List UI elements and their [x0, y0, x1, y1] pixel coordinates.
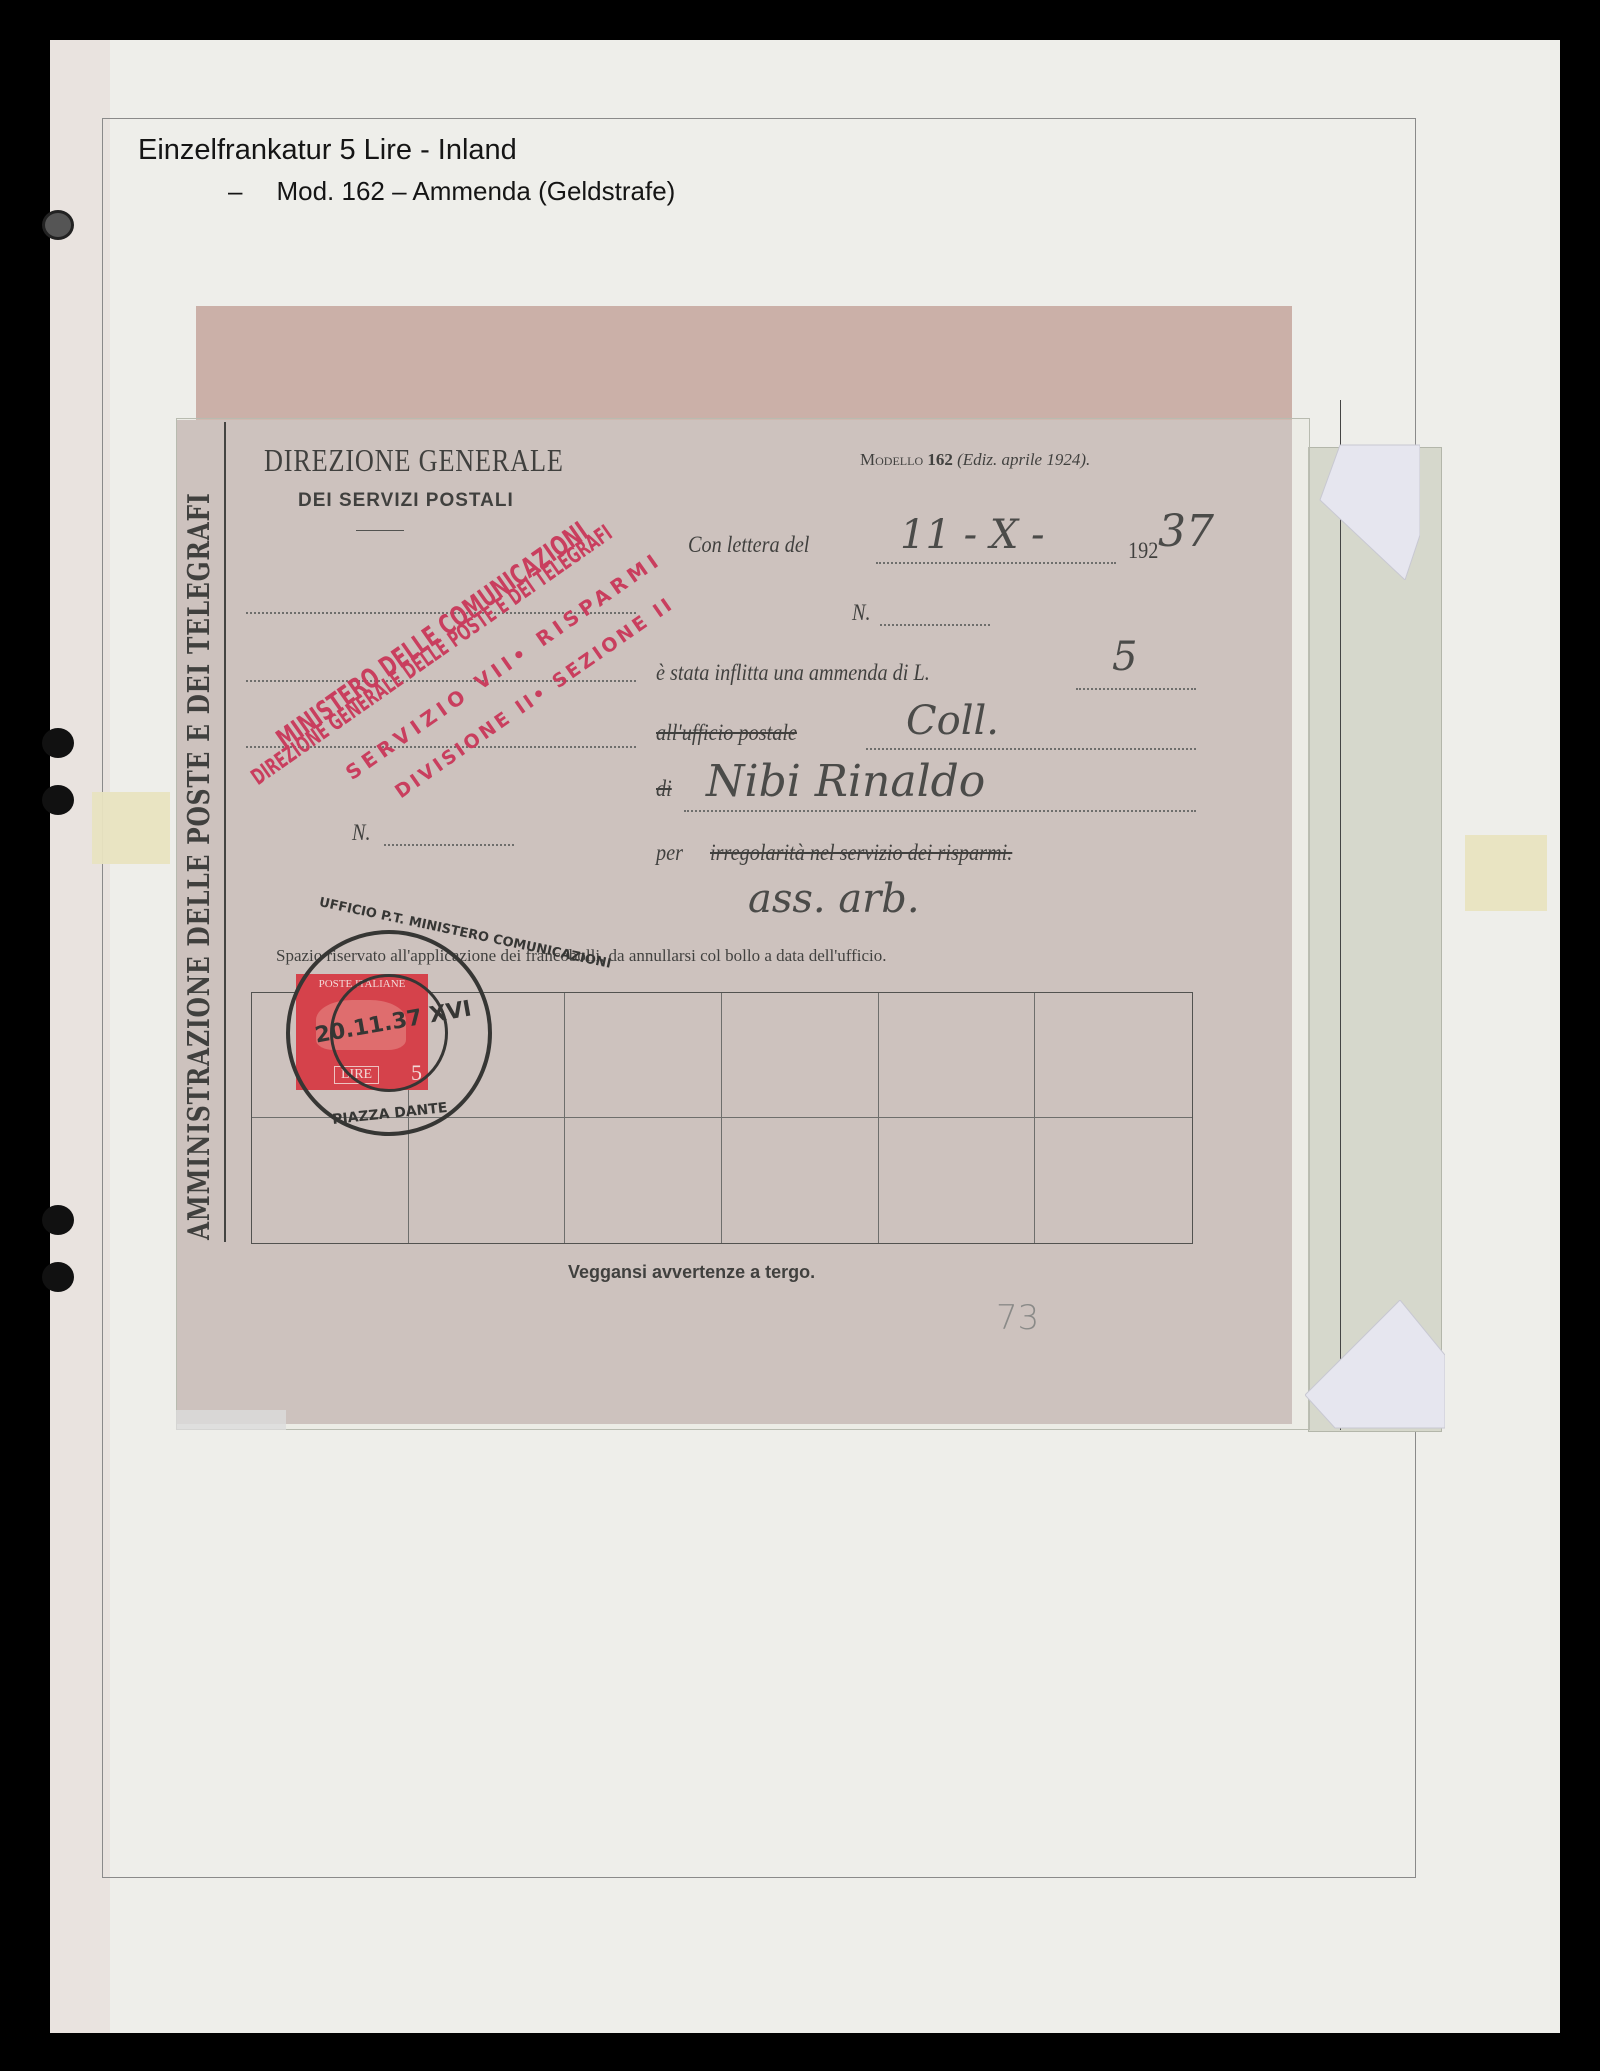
number-label: N. [852, 600, 871, 626]
stamp-cell [409, 1118, 566, 1243]
reason-struck: irregolarità nel servizio dei risparmi. [710, 840, 1012, 866]
subtitle-text: Mod. 162 – Ammenda (Geldstrafe) [276, 176, 675, 206]
letter-date-label: Con lettera del [688, 532, 809, 558]
binder-hole [42, 785, 74, 815]
left-number-line [384, 844, 514, 846]
stamp-cell [879, 1118, 1036, 1243]
vertical-heading: AMMINISTRAZIONE DELLE POSTE E DEI TELEGR… [182, 492, 217, 1240]
fine-label: è stata inflitta una ammenda di L. [656, 660, 930, 686]
mount-sleeve-right [1308, 447, 1442, 1432]
footer-note: Veggansi avvertenze a tergo. [568, 1262, 815, 1283]
hinge-tape-right [1465, 835, 1547, 911]
office-line [866, 748, 1196, 750]
sleeve-bottom-edge [176, 1410, 286, 1430]
name-line [684, 810, 1196, 812]
name-handwritten: Nibi Rinaldo [706, 756, 985, 807]
subtitle-dash: – [228, 176, 242, 206]
binder-hole [42, 1262, 74, 1292]
vertical-rule [224, 422, 226, 1242]
form-model-number: Modello 162 (Ediz. aprile 1924). [860, 450, 1090, 470]
binder-hole [42, 210, 74, 240]
office-handwritten: Coll. [906, 698, 999, 744]
red-ministry-cachet: MINISTERO DELLE COMUNICAZIONI DIREZIONE … [251, 440, 651, 740]
year-prefix: 192 [1128, 538, 1158, 564]
stamp-cell [565, 993, 722, 1118]
number-line [880, 624, 990, 626]
stamp-cell [565, 1118, 722, 1243]
binder-hole [42, 728, 74, 758]
pencil-annotation: 73 [996, 1298, 1039, 1338]
letter-date-line [876, 562, 1116, 564]
fine-notice-form: AMMINISTRAZIONE DELLE POSTE E DEI TELEGR… [176, 420, 1292, 1424]
hinge-tape-left [92, 792, 170, 864]
letter-date-handwritten: 11 - X - [900, 512, 1045, 558]
stamp-cell [879, 993, 1036, 1118]
stamp-cell [722, 993, 879, 1118]
reason-prefix: per [656, 840, 683, 866]
page-title: Einzelfrankatur 5 Lire - Inland [138, 134, 517, 167]
stamp-cell [1035, 993, 1192, 1118]
stamp-cell [252, 1118, 409, 1243]
mount-corner-bottom-right [1305, 1300, 1445, 1430]
office-label: all'ufficio postale [656, 720, 797, 746]
year-handwritten: 37 [1158, 506, 1214, 557]
di-label: di [656, 776, 672, 802]
stamp-cell [722, 1118, 879, 1243]
page-binding-margin [50, 40, 110, 2033]
left-number-label: N. [352, 820, 371, 846]
stamp-cell [1035, 1118, 1192, 1243]
binder-hole [42, 1205, 74, 1235]
reason-handwritten: ass. arb. [748, 876, 920, 922]
fine-line [1076, 688, 1196, 690]
fine-amount-handwritten: 5 [1112, 634, 1137, 680]
mount-corner-top-right [1310, 440, 1420, 580]
page-subtitle: –Mod. 162 – Ammenda (Geldstrafe) [228, 176, 675, 207]
